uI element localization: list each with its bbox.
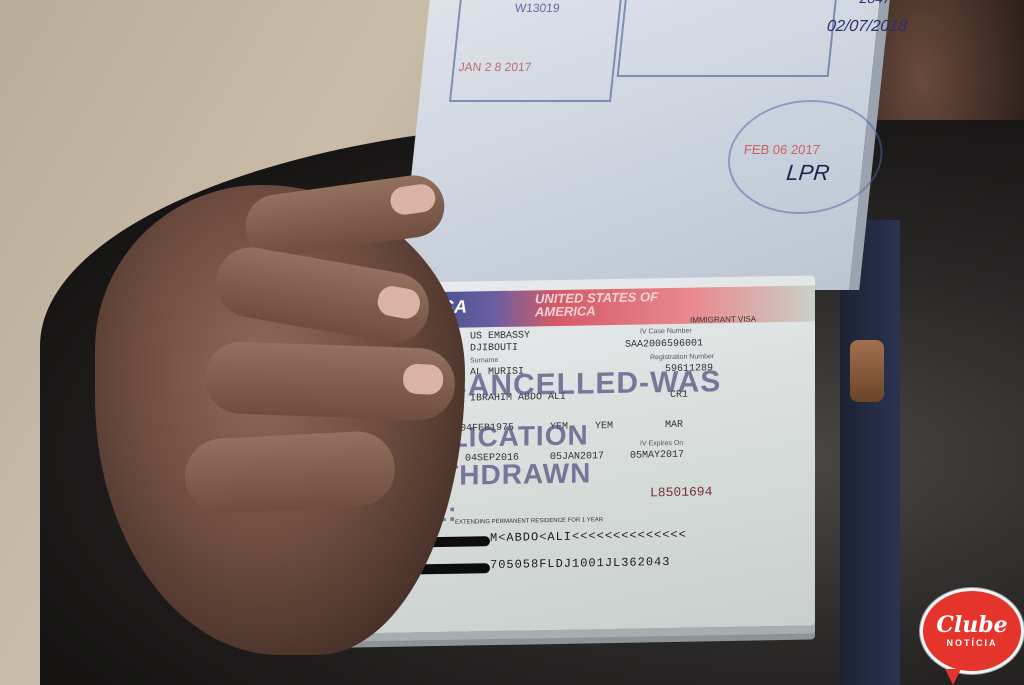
marital-status: MAR [665, 420, 683, 431]
little-finger [183, 430, 397, 516]
exit-stamp: W13019 JAN 2 8 2017 [449, 0, 622, 102]
photo-scene: W13019 JAN 2 8 2017 2847 02/07/2018 FEB … [0, 0, 1024, 685]
mrz-line-2: 705058FLDJ1001JL362043 [490, 555, 670, 572]
visa-annotation: EXTENDING PERMANENT RESIDENCE FOR 1 YEAR [455, 517, 603, 526]
logo-subtitle: NOTÍCIA [947, 638, 998, 648]
cancel-stamp-line-1: CANCELLED-WAS [445, 365, 721, 404]
issuing-post-line-2: DJIBOUTI [470, 343, 518, 355]
case-number: SAA2006596001 [625, 338, 703, 350]
entry-stamp-note: LPR [785, 160, 831, 186]
stamp-number: W13019 [514, 1, 615, 15]
handwritten-number: 2847 [859, 0, 892, 6]
issuing-post-line-1: US EMBASSY [470, 330, 530, 342]
fingernail [403, 364, 444, 395]
visa-country: UNITED STATES OF AMERICA [535, 290, 685, 319]
handwritten-date: 02/07/2018 [826, 18, 908, 36]
case-number-label: IV Case Number [640, 328, 692, 336]
expires-label: IV Expires On [640, 440, 683, 448]
control-number: L8501694 [650, 484, 712, 500]
passport-upper-page: W13019 JAN 2 8 2017 2847 02/07/2018 FEB … [399, 0, 891, 290]
entry-stamp-box [617, 0, 839, 77]
registration-label: Registration Number [650, 353, 714, 361]
surname-label: Surname [470, 357, 498, 364]
fingernail [389, 182, 437, 216]
ring-finger [204, 341, 456, 422]
nationality: YEM [595, 421, 613, 432]
logo-title: Clube [936, 614, 1007, 636]
clube-noticia-logo: Clube NOTÍCIA [920, 588, 1024, 674]
middle-finger [211, 242, 435, 348]
expiration-date: 05MAY2017 [630, 450, 684, 462]
fingernail [376, 284, 423, 321]
entry-stamp-date: FEB 06 2017 [743, 142, 820, 157]
mrz-line-1: M<ABDO<ALI<<<<<<<<<<<<<< [490, 528, 687, 545]
entry-stamp-circle [722, 100, 888, 214]
stamp-date: JAN 2 8 2017 [458, 60, 609, 74]
visa-kind: IMMIGRANT VISA [690, 314, 756, 324]
